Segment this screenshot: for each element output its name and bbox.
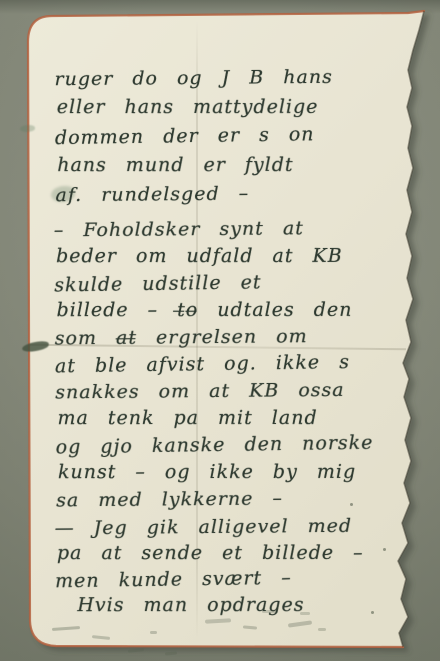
handwriting-line: – Foholdsker synt at: [54, 215, 372, 245]
handwriting-line: kunst – og ikke by mig: [58, 459, 376, 486]
handwriting-line: at ble afvist og. ikke s: [55, 349, 373, 381]
handwriting-line: ma tenk pa mit land: [57, 405, 375, 432]
handwriting-line: dommen der er s on: [55, 120, 334, 153]
handwriting-line: pa at sende et billede –: [57, 540, 364, 566]
handwriting-line: ruger do og J B hans: [54, 63, 333, 94]
handwriting-line: billede – t̶o̶ udtales den: [57, 297, 375, 324]
handwriting-line: skulde udstille et: [54, 268, 372, 300]
handwriting-line: eller hans mattydelige: [57, 93, 335, 122]
photo-backdrop: ruger do og J B hans eller hans mattydel…: [0, 0, 440, 661]
handwriting-line: og gjo kanske den norske: [56, 430, 374, 462]
handwriting-line: beder om udfald at KB: [56, 243, 374, 270]
handwriting-line: hans mund er fyldt: [57, 151, 335, 180]
handwriting-line: men kunde svært –: [55, 564, 362, 595]
handwriting: ruger do og J B hans eller hans mattydel…: [0, 0, 440, 661]
handwriting-line: sa med lykkerne –: [56, 485, 374, 515]
handwriting-paragraph-2: – Foholdsker synt at beder om udfald at …: [54, 215, 374, 515]
handwriting-paragraph-1: ruger do og J B hans eller hans mattydel…: [54, 63, 334, 210]
handwriting-line: — Jeg gik alligevel med: [55, 513, 362, 542]
handwriting-line: Hvis man opdrages: [57, 592, 364, 618]
handwriting-paragraph-3: — Jeg gik alligevel med pa at sende et b…: [55, 513, 363, 620]
handwriting-line: snakkes om at KB ossa: [55, 377, 373, 407]
handwriting-line: af. rundelsged –: [55, 179, 334, 210]
handwriting-line: som a̶t̶ ergrelsen om: [55, 323, 373, 353]
